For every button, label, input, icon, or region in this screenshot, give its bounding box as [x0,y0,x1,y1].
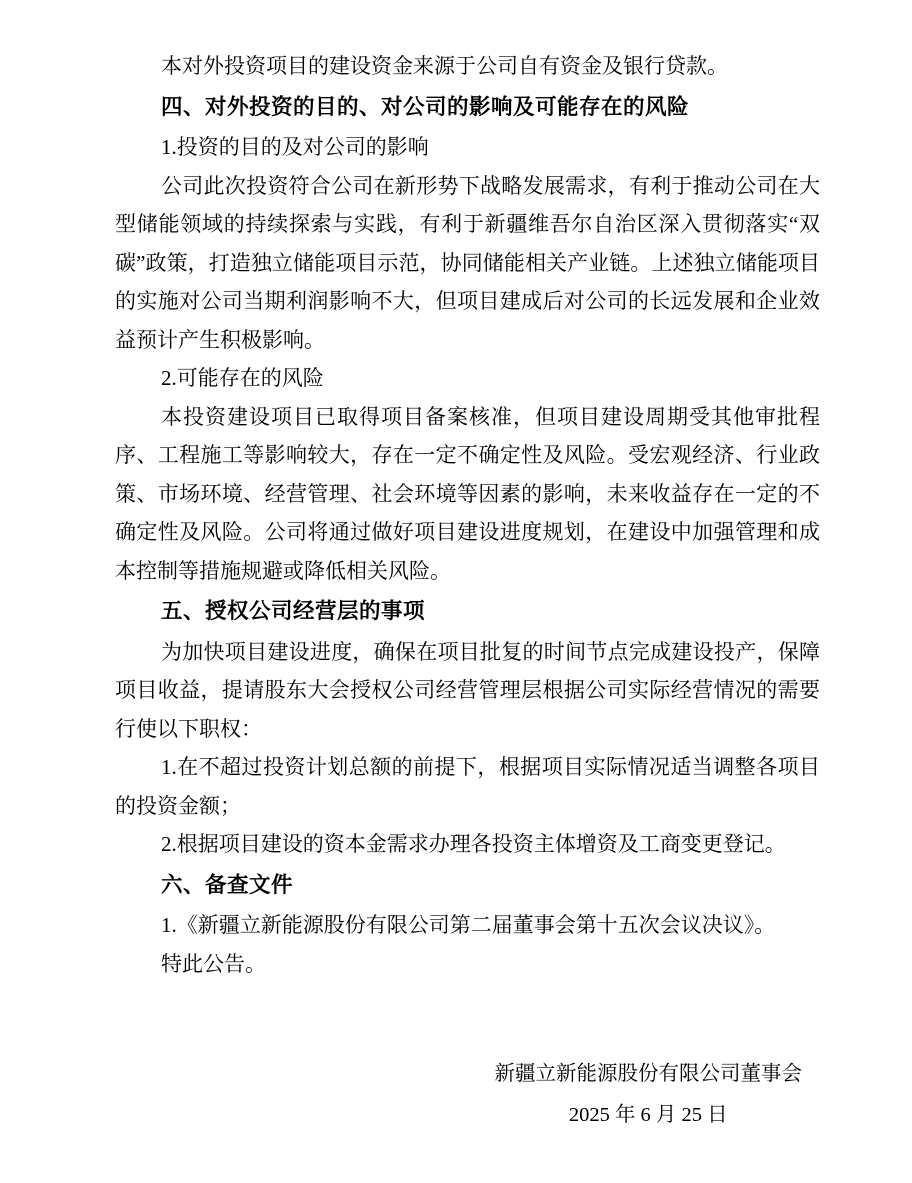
heading-section-6: 六、备查文件 [115,866,820,905]
paragraph-auth-item-2: 2.根据项目建设的资本金需求办理各投资主体增资及工商变更登记。 [115,825,820,864]
paragraph-announcement-note: 特此公告。 [115,945,820,984]
paragraph-authorization: 为加快项目建设进度，确保在项目批复的时间节点完成建设投产，保障项目收益，提请股东… [115,633,820,749]
paragraph-purpose-subtitle: 1.投资的目的及对公司的影响 [115,128,820,167]
paragraph-reference-document: 1.《新疆立新能源股份有限公司第二届董事会第十五次会议决议》。 [115,906,820,945]
paragraph-risk-description: 本投资建设项目已取得项目备案核准，但项目建设周期受其他审批程序、工程施工等影响较… [115,398,820,591]
heading-section-4: 四、对外投资的目的、对公司的影响及可能存在的风险 [115,88,820,127]
paragraph-risk-subtitle: 2.可能存在的风险 [115,359,820,398]
document-body: 本对外投资项目的建设资金来源于公司自有资金及银行贷款。 四、对外投资的目的、对公… [0,0,912,1134]
signature-company: 新疆立新能源股份有限公司董事会 [495,1055,803,1094]
paragraph-investment-purpose: 公司此次投资符合公司在新形势下战略发展需求，有利于推动公司在大型储能领域的持续探… [115,167,820,360]
signature-block: 新疆立新能源股份有限公司董事会 2025 年 6 月 25 日 [495,1055,803,1134]
signature-date: 2025 年 6 月 25 日 [495,1096,803,1135]
paragraph-auth-item-1: 1.在不超过投资计划总额的前提下，根据项目实际情况适当调整各项目的投资金额； [115,748,820,825]
document-page: 本对外投资项目的建设资金来源于公司自有资金及银行贷款。 四、对外投资的目的、对公… [0,0,912,1183]
heading-section-5: 五、授权公司经营层的事项 [115,592,820,631]
paragraph-funding-source: 本对外投资项目的建设资金来源于公司自有资金及银行贷款。 [115,47,820,86]
